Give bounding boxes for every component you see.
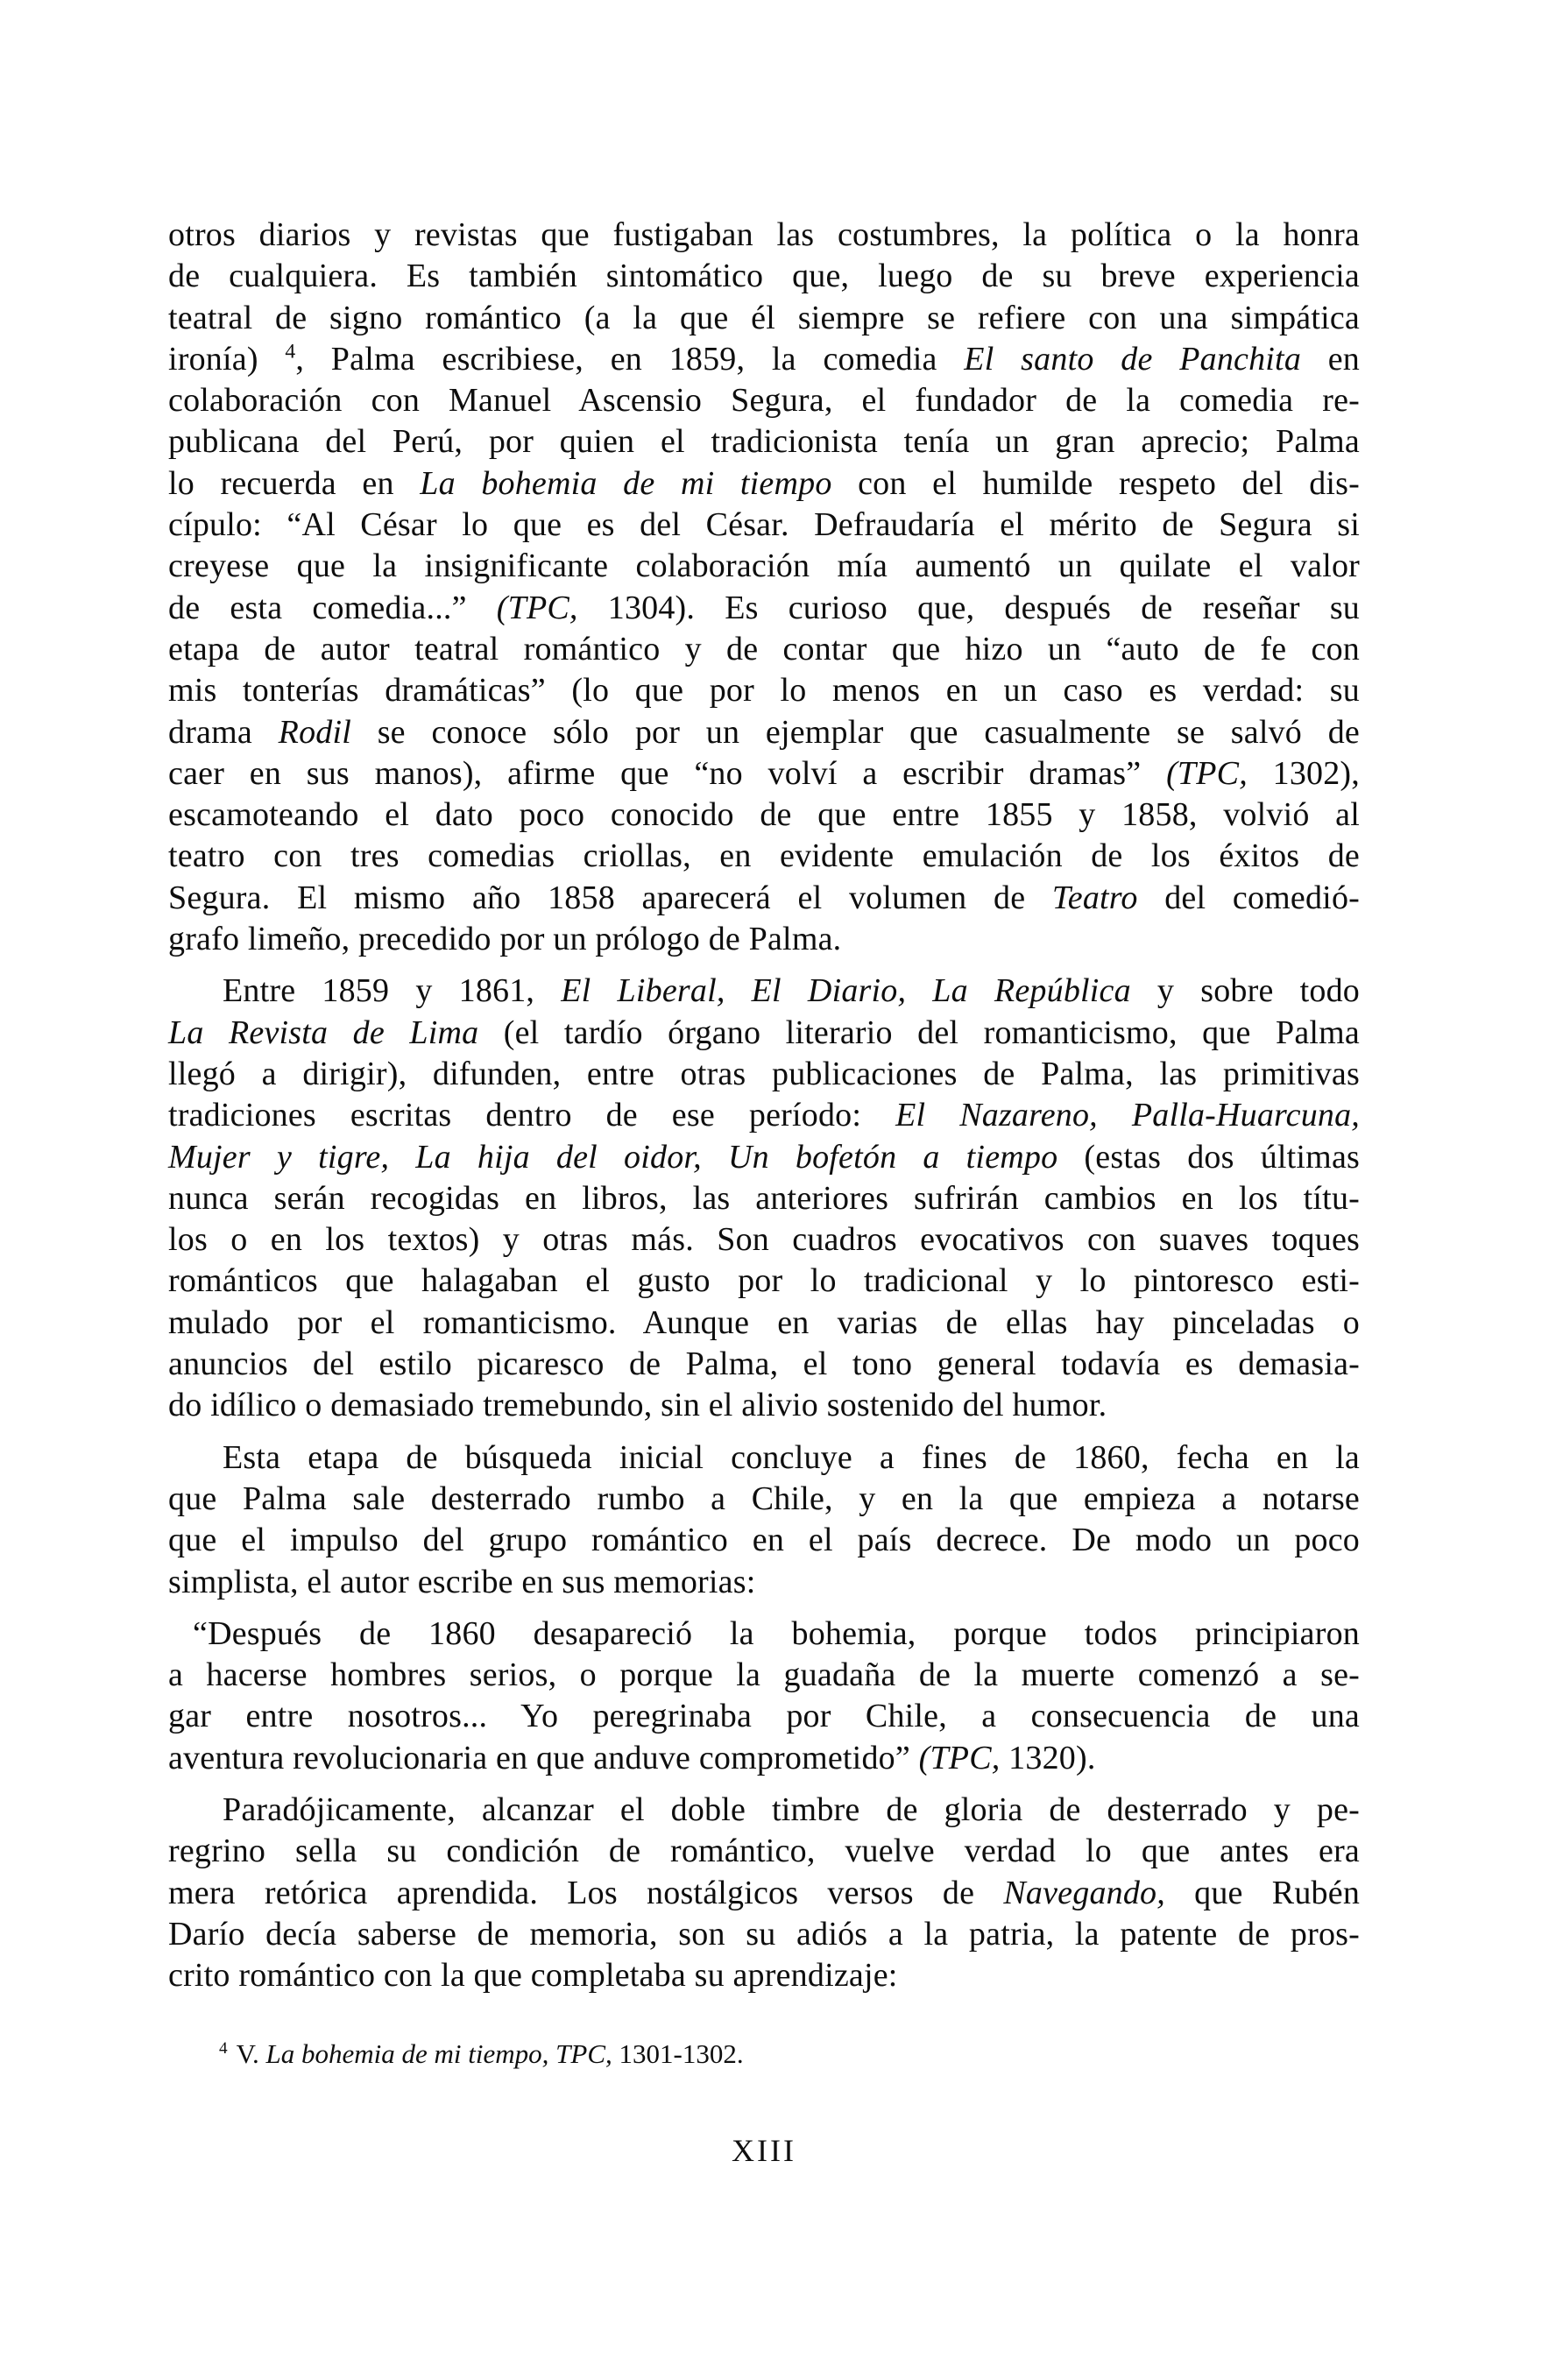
text-line: que el impulso del grupo romántico en el…	[168, 1520, 1360, 1561]
text-run: teatro con tres comedias criollas, en ev…	[168, 837, 1360, 874]
text-run: creyese que la insignificante colaboraci…	[168, 547, 1360, 584]
text-line: gar entre nosotros... Yo peregrinaba por…	[168, 1696, 1360, 1737]
text-line: La Revista de Lima (el tardío órgano lit…	[168, 1013, 1360, 1054]
italic-text: Teatro	[1052, 879, 1138, 916]
text-line: teatro con tres comedias criollas, en ev…	[168, 836, 1360, 877]
paragraph: “Después de 1860 desapareció la bohemia,…	[168, 1614, 1360, 1779]
text-line: escamoteando el dato poco conocido de qu…	[168, 795, 1360, 836]
text-run: Segura. El mismo año 1858 aparecerá el v…	[168, 879, 1052, 916]
text-line: publicana del Perú, por quien el tradici…	[168, 421, 1360, 463]
text-run: , Palma escribiese, en 1859, la comedia	[295, 341, 964, 378]
text-run: Esta etapa de búsqueda inicial concluye …	[223, 1439, 1360, 1476]
text-line: Paradójicamente, alcanzar el doble timbr…	[168, 1790, 1360, 1831]
italic-text: La Revista de Lima	[168, 1014, 478, 1051]
text-run: aventura revolucionaria en que anduve co…	[168, 1740, 919, 1776]
text-line: cípulo: “Al César lo que es del César. D…	[168, 505, 1360, 546]
text-run: regrino sella su condición de romántico,…	[168, 1833, 1360, 1869]
text-run: (estas dos últimas	[1057, 1139, 1360, 1176]
text-line: que Palma sale desterrado rumbo a Chile,…	[168, 1479, 1360, 1520]
text-block: otros diarios y revistas que fustigaban …	[168, 215, 1360, 2168]
text-line: simplista, el autor escribe en sus memor…	[168, 1562, 1360, 1603]
text-run: que Palma sale desterrado rumbo a Chile,…	[168, 1480, 1360, 1517]
text-run: etapa de autor teatral romántico y de co…	[168, 631, 1360, 667]
page-number: XIII	[168, 2133, 1360, 2168]
text-run: Entre 1859 y 1861,	[223, 972, 561, 1009]
italic-text: Navegando,	[1003, 1875, 1165, 1911]
italic-text: (TPC,	[919, 1740, 1001, 1776]
text-run: a hacerse hombres serios, o porque la gu…	[168, 1656, 1360, 1693]
text-run: en	[1301, 341, 1360, 378]
text-run: escamoteando el dato poco conocido de qu…	[168, 796, 1360, 833]
italic-text: (TPC,	[1166, 755, 1248, 792]
text-run: publicana del Perú, por quien el tradici…	[168, 423, 1360, 460]
book-page-scan: otros diarios y revistas que fustigaban …	[0, 0, 1556, 2380]
text-run: mera retórica aprendida. Los nostálgicos…	[168, 1875, 1003, 1911]
text-run: Darío decía saberse de memoria, son su a…	[168, 1916, 1360, 1953]
text-line: Esta etapa de búsqueda inicial concluye …	[168, 1437, 1360, 1479]
text-run: románticos que halagaban el gusto por lo…	[168, 1262, 1360, 1299]
text-line: a hacerse hombres serios, o porque la gu…	[168, 1655, 1360, 1696]
text-run: do idílico o demasiado tremebundo, sin e…	[168, 1387, 1107, 1423]
text-run: que el impulso del grupo romántico en el…	[168, 1522, 1360, 1558]
italic-text: La bohemia de mi tiempo, TPC,	[266, 2038, 612, 2069]
text-run: mulado por el romanticismo. Aunque en va…	[168, 1304, 1360, 1341]
text-run: llegó a dirigir), difunden, entre otras …	[168, 1056, 1360, 1092]
text-run: teatral de signo romántico (a la que él …	[168, 300, 1360, 336]
italic-text: La bohemia de mi tiempo	[420, 465, 831, 502]
text-run: ironía)	[168, 341, 285, 378]
italic-text: (TPC,	[497, 590, 578, 626]
text-run: otros diarios y revistas que fustigaban …	[168, 216, 1360, 253]
paragraph: Paradójicamente, alcanzar el doble timbr…	[168, 1790, 1360, 1996]
text-run: 1320).	[1000, 1740, 1095, 1776]
text-run: 1301-1302.	[612, 2038, 744, 2069]
text-line: crito romántico con la que completaba su…	[168, 1955, 1360, 1996]
text-line: drama Rodil se conoce sólo por un ejempl…	[168, 712, 1360, 753]
text-run: mis tonterías dramáticas” (lo que por lo…	[168, 672, 1360, 709]
text-line: llegó a dirigir), difunden, entre otras …	[168, 1054, 1360, 1095]
italic-text: Rodil	[279, 714, 351, 751]
text-run: drama	[168, 714, 279, 751]
text-run: “Después de 1860 desapareció la bohemia,…	[193, 1615, 1360, 1652]
paragraph: Esta etapa de búsqueda inicial concluye …	[168, 1437, 1360, 1603]
text-run: nunca serán recogidas en libros, las ant…	[168, 1180, 1360, 1217]
text-run: con el humilde respeto del dis-	[832, 465, 1360, 502]
text-line: mis tonterías dramáticas” (lo que por lo…	[168, 670, 1360, 711]
text-line: tradiciones escritas dentro de ese perío…	[168, 1095, 1360, 1136]
text-line: mulado por el romanticismo. Aunque en va…	[168, 1303, 1360, 1344]
italic-text: El Nazareno, Palla-Huarcuna,	[895, 1097, 1360, 1134]
text-run: anuncios del estilo picaresco de Palma, …	[168, 1345, 1360, 1382]
text-line: Darío decía saberse de memoria, son su a…	[168, 1914, 1360, 1955]
text-run: grafo limeño, precedido por un prólogo d…	[168, 921, 841, 957]
text-line: aventura revolucionaria en que anduve co…	[168, 1738, 1360, 1779]
text-line: teatral de signo romántico (a la que él …	[168, 298, 1360, 339]
text-line: mera retórica aprendida. Los nostálgicos…	[168, 1873, 1360, 1914]
text-run: simplista, el autor escribe en sus memor…	[168, 1564, 755, 1600]
text-line: Segura. El mismo año 1858 aparecerá el v…	[168, 878, 1360, 919]
text-line: regrino sella su condición de romántico,…	[168, 1831, 1360, 1872]
text-run: colaboración con Manuel Ascensio Segura,…	[168, 382, 1360, 419]
text-line: otros diarios y revistas que fustigaban …	[168, 215, 1360, 256]
paragraph: otros diarios y revistas que fustigaban …	[168, 215, 1360, 960]
text-run: tradiciones escritas dentro de ese perío…	[168, 1097, 895, 1134]
footnote: 4V. La bohemia de mi tiempo, TPC, 1301-1…	[168, 2037, 1360, 2072]
text-run: y sobre todo	[1131, 972, 1360, 1009]
italic-text: El santo de Panchita	[964, 341, 1301, 378]
text-line: Mujer y tigre, La hija del oidor, Un bof…	[168, 1137, 1360, 1178]
footnote-marker: 4	[219, 2039, 228, 2058]
text-line: etapa de autor teatral romántico y de co…	[168, 629, 1360, 670]
text-run: Paradójicamente, alcanzar el doble timbr…	[223, 1791, 1360, 1828]
text-run: caer en sus manos), afirme que “no volví…	[168, 755, 1166, 792]
text-line: de cualquiera. Es también sintomático qu…	[168, 256, 1360, 297]
text-run: que Rubén	[1165, 1875, 1360, 1911]
footnote-reference-mark: 4	[285, 340, 295, 363]
text-line: de esta comedia...” (TPC, 1304). Es curi…	[168, 588, 1360, 629]
text-line: “Después de 1860 desapareció la bohemia,…	[168, 1614, 1360, 1655]
text-run: gar entre nosotros... Yo peregrinaba por…	[168, 1698, 1360, 1734]
text-run: se conoce sólo por un ejemplar que casua…	[351, 714, 1360, 751]
text-line: nunca serán recogidas en libros, las ant…	[168, 1178, 1360, 1219]
text-line: los o en los textos) y otras más. Son cu…	[168, 1219, 1360, 1261]
text-run: los o en los textos) y otras más. Son cu…	[168, 1221, 1360, 1258]
text-line: caer en sus manos), afirme que “no volví…	[168, 753, 1360, 795]
text-line: ironía) 4, Palma escribiese, en 1859, la…	[168, 339, 1360, 380]
text-run: lo recuerda en	[168, 465, 420, 502]
italic-text: El Liberal, El Diario, La República	[561, 972, 1131, 1009]
italic-text: Mujer y tigre, La hija del oidor, Un bof…	[168, 1139, 1057, 1176]
text-run: del comedió-	[1138, 879, 1360, 916]
text-run: cípulo: “Al César lo que es del César. D…	[168, 506, 1360, 543]
text-run: (el tardío órgano literario del romantic…	[478, 1014, 1360, 1051]
text-run: 1302),	[1248, 755, 1360, 792]
text-line: grafo limeño, precedido por un prólogo d…	[168, 919, 1360, 960]
text-run: de cualquiera. Es también sintomático qu…	[168, 258, 1360, 294]
text-run: V.	[237, 2038, 266, 2069]
text-line: colaboración con Manuel Ascensio Segura,…	[168, 380, 1360, 421]
paragraph: Entre 1859 y 1861, El Liberal, El Diario…	[168, 971, 1360, 1426]
text-line: anuncios del estilo picaresco de Palma, …	[168, 1344, 1360, 1385]
text-line: creyese que la insignificante colaboraci…	[168, 546, 1360, 587]
text-line: Entre 1859 y 1861, El Liberal, El Diario…	[168, 971, 1360, 1012]
text-line: do idílico o demasiado tremebundo, sin e…	[168, 1385, 1360, 1426]
text-line: lo recuerda en La bohemia de mi tiempo c…	[168, 463, 1360, 505]
text-run: crito romántico con la que completaba su…	[168, 1957, 898, 1994]
text-line: románticos que halagaban el gusto por lo…	[168, 1261, 1360, 1302]
text-run: 1304). Es curioso que, después de reseña…	[578, 590, 1360, 626]
text-run: de esta comedia...”	[168, 590, 497, 626]
